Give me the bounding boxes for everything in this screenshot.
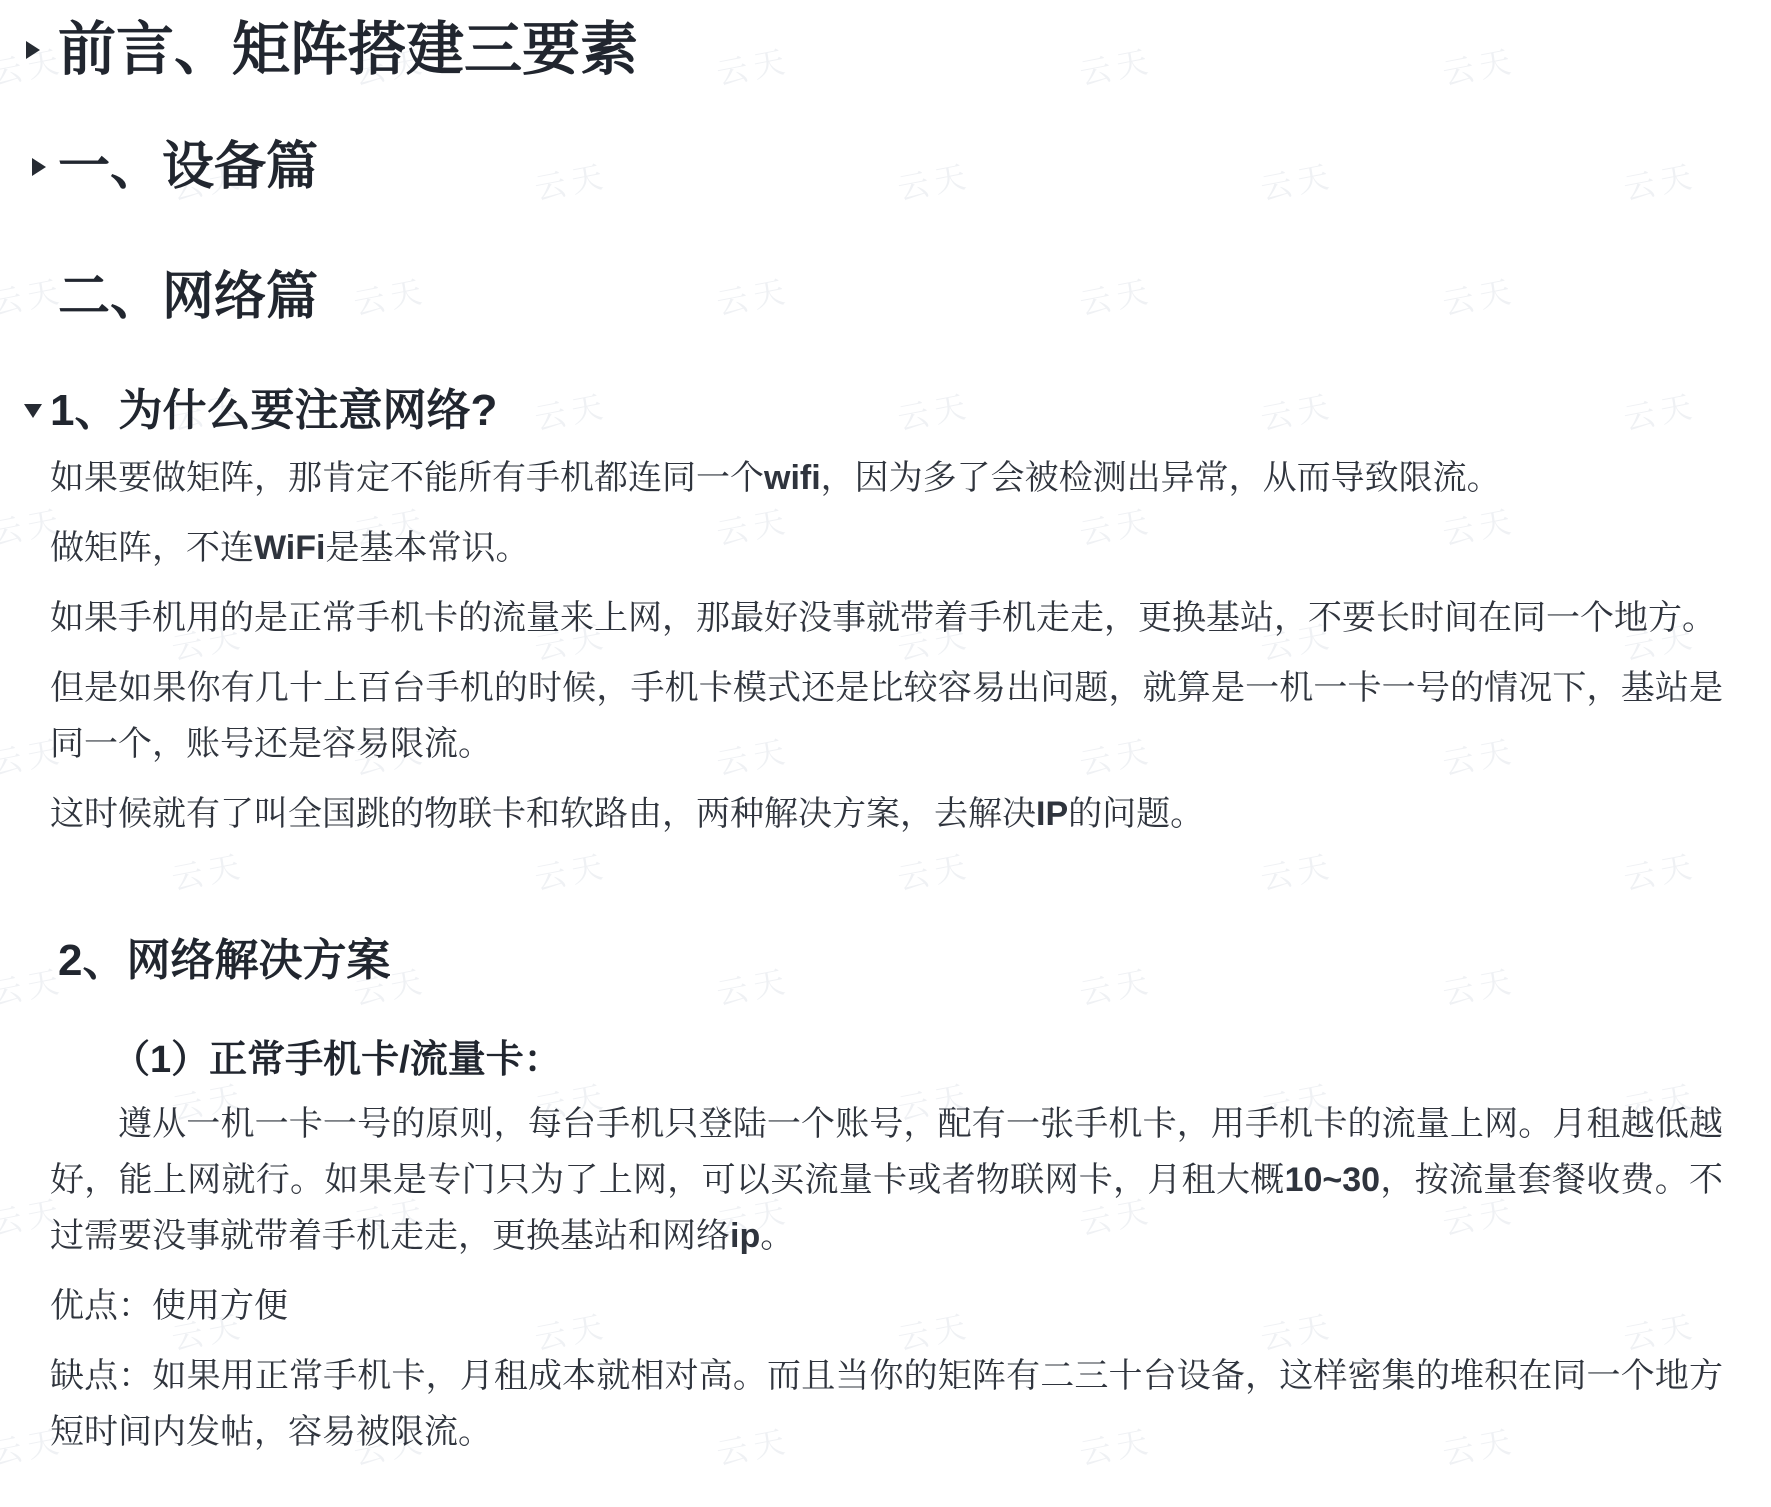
heading-preface-label: 前言、矩阵搭建三要素 [58,17,638,82]
collapse-toggle-icon[interactable] [32,158,46,176]
heading-network-solution: 2、网络解决方案 [58,936,1723,986]
text-run: 的问题。 [1068,795,1204,833]
paragraph-common-sense: 做矩阵，不连WiFi是基本常识。 [50,520,1723,576]
text-run: 但是如果你有几十上百台手机的时候，手机卡模式还是比较容易出问题，就算是一机一卡一… [50,669,1723,763]
expand-toggle-icon[interactable] [24,404,42,418]
heading-network-label: 二、网络篇 [58,268,318,326]
heading-sim-card-option-label: （1）正常手机卡/流量卡： [112,1039,562,1081]
text-run: 如果要做矩阵，那肯定不能所有手机都连同一个 [50,459,764,497]
text-run: ，因为多了会被检测出异常，从而导致限流。 [821,459,1501,497]
paragraph-cons: 缺点：如果用正常手机卡，月租成本就相对高。而且当你的矩阵有二三十台设备，这样密集… [50,1348,1723,1460]
text-run: 这时候就有了叫全国跳的物联卡和软路由，两种解决方案，去解决 [50,795,1036,833]
document-body: 前言、矩阵搭建三要素 一、设备篇 二、网络篇 1、为什么要注意网络? 如果要做矩… [0,0,1771,1460]
paragraph-pros: 优点：使用方便 [50,1278,1723,1334]
text-run: 如果手机用的是正常手机卡的流量来上网，那最好没事就带着手机走走，更换基站，不要长… [50,599,1716,637]
text-run: 优点：使用方便 [50,1287,288,1325]
paragraph-sim-detail: 遵从一机一卡一号的原则，每台手机只登陆一个账号，配有一张手机卡，用手机卡的流量上… [50,1096,1723,1264]
heading-network-solution-label: 2、网络解决方案 [58,936,390,985]
collapse-toggle-icon[interactable] [26,41,40,59]
heading-sim-card-option: （1）正常手机卡/流量卡： [112,1038,1723,1082]
heading-device-section: 一、设备篇 [58,138,1723,196]
paragraph-wifi: 如果要做矩阵，那肯定不能所有手机都连同一个wifi，因为多了会被检测出异常，从而… [50,450,1723,506]
paragraph-many-phones: 但是如果你有几十上百台手机的时候，手机卡模式还是比较容易出问题，就算是一机一卡一… [50,660,1723,772]
paragraph-iot-router: 这时候就有了叫全国跳的物联卡和软路由，两种解决方案，去解决IP的问题。 [50,786,1723,842]
bold-text: IP [1036,795,1068,833]
heading-why-network: 1、为什么要注意网络? [50,386,1723,436]
text-run: 做矩阵，不连 [50,529,254,567]
heading-why-network-label: 1、为什么要注意网络? [50,386,497,435]
bold-text: 10~30 [1285,1161,1381,1199]
paragraph-sim-traffic: 如果手机用的是正常手机卡的流量来上网，那最好没事就带着手机走走，更换基站，不要长… [50,590,1723,646]
bold-text: wifi [764,459,821,497]
heading-network-section: 二、网络篇 [58,268,1723,326]
text-run: 缺点：如果用正常手机卡，月租成本就相对高。而且当你的矩阵有二三十台设备，这样密集… [50,1357,1723,1451]
bold-text: WiFi [254,529,325,567]
heading-preface: 前言、矩阵搭建三要素 [58,18,1723,82]
bold-text: ip [730,1217,760,1255]
text-run: 是基本常识。 [325,529,529,567]
text-run: 。 [760,1217,794,1255]
heading-device-label: 一、设备篇 [58,138,318,196]
